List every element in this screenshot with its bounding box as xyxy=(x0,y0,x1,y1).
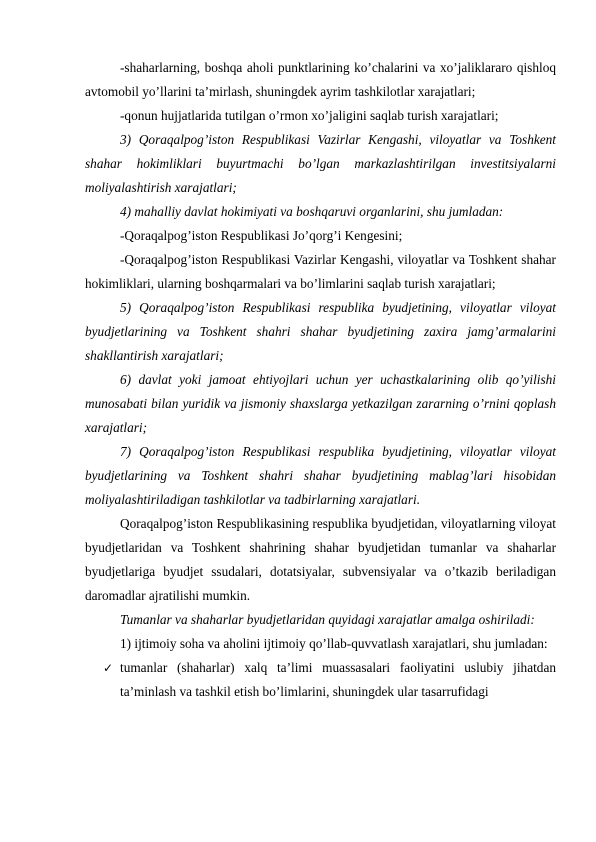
bullet-item-text: tumanlar (shaharlar) xalq ta’limi muassa… xyxy=(120,660,556,699)
paragraph-item-1-social: 1) ijtimoiy soha va aholini ijtimoiy qo’… xyxy=(85,632,556,656)
document-page: -shaharlarning, boshqa aholi punktlarini… xyxy=(85,56,556,704)
paragraph-item-7-organizations: 7) Qoraqalpog’iston Respublikasi respubl… xyxy=(85,440,556,512)
paragraph-jokargi-kenges: -Qoraqalpog’iston Respublikasi Jo’qorg’i… xyxy=(85,224,556,248)
checkmark-icon: ✓ xyxy=(103,656,113,680)
paragraph-council-of-ministers: -Qoraqalpog’iston Respublikasi Vazirlar … xyxy=(85,248,556,296)
paragraph-item-6-land-compensation: 6) davlat yoki jamoat ehtiyojlari uchun … xyxy=(85,368,556,440)
paragraph-forestry-expenses: -qonun hujjatlarida tutilgan o’rmon xo’j… xyxy=(85,104,556,128)
paragraph-budget-transfers: Qoraqalpog’iston Respublikasining respub… xyxy=(85,512,556,608)
paragraph-item-4-local-authorities: 4) mahalliy davlat hokimiyati va boshqar… xyxy=(85,200,556,224)
paragraph-item-5-reserve-funds: 5) Qoraqalpog’iston Respublikasi respubl… xyxy=(85,296,556,368)
paragraph-item-3-investments: 3) Qoraqalpog’iston Respublikasi Vazirla… xyxy=(85,128,556,200)
bullet-item-education: ✓ tumanlar (shaharlar) xalq ta’limi muas… xyxy=(85,656,556,704)
paragraph-roads-expenses: -shaharlarning, boshqa aholi punktlarini… xyxy=(85,56,556,104)
paragraph-district-expenses-heading: Tumanlar va shaharlar byudjetlaridan quy… xyxy=(85,608,556,632)
